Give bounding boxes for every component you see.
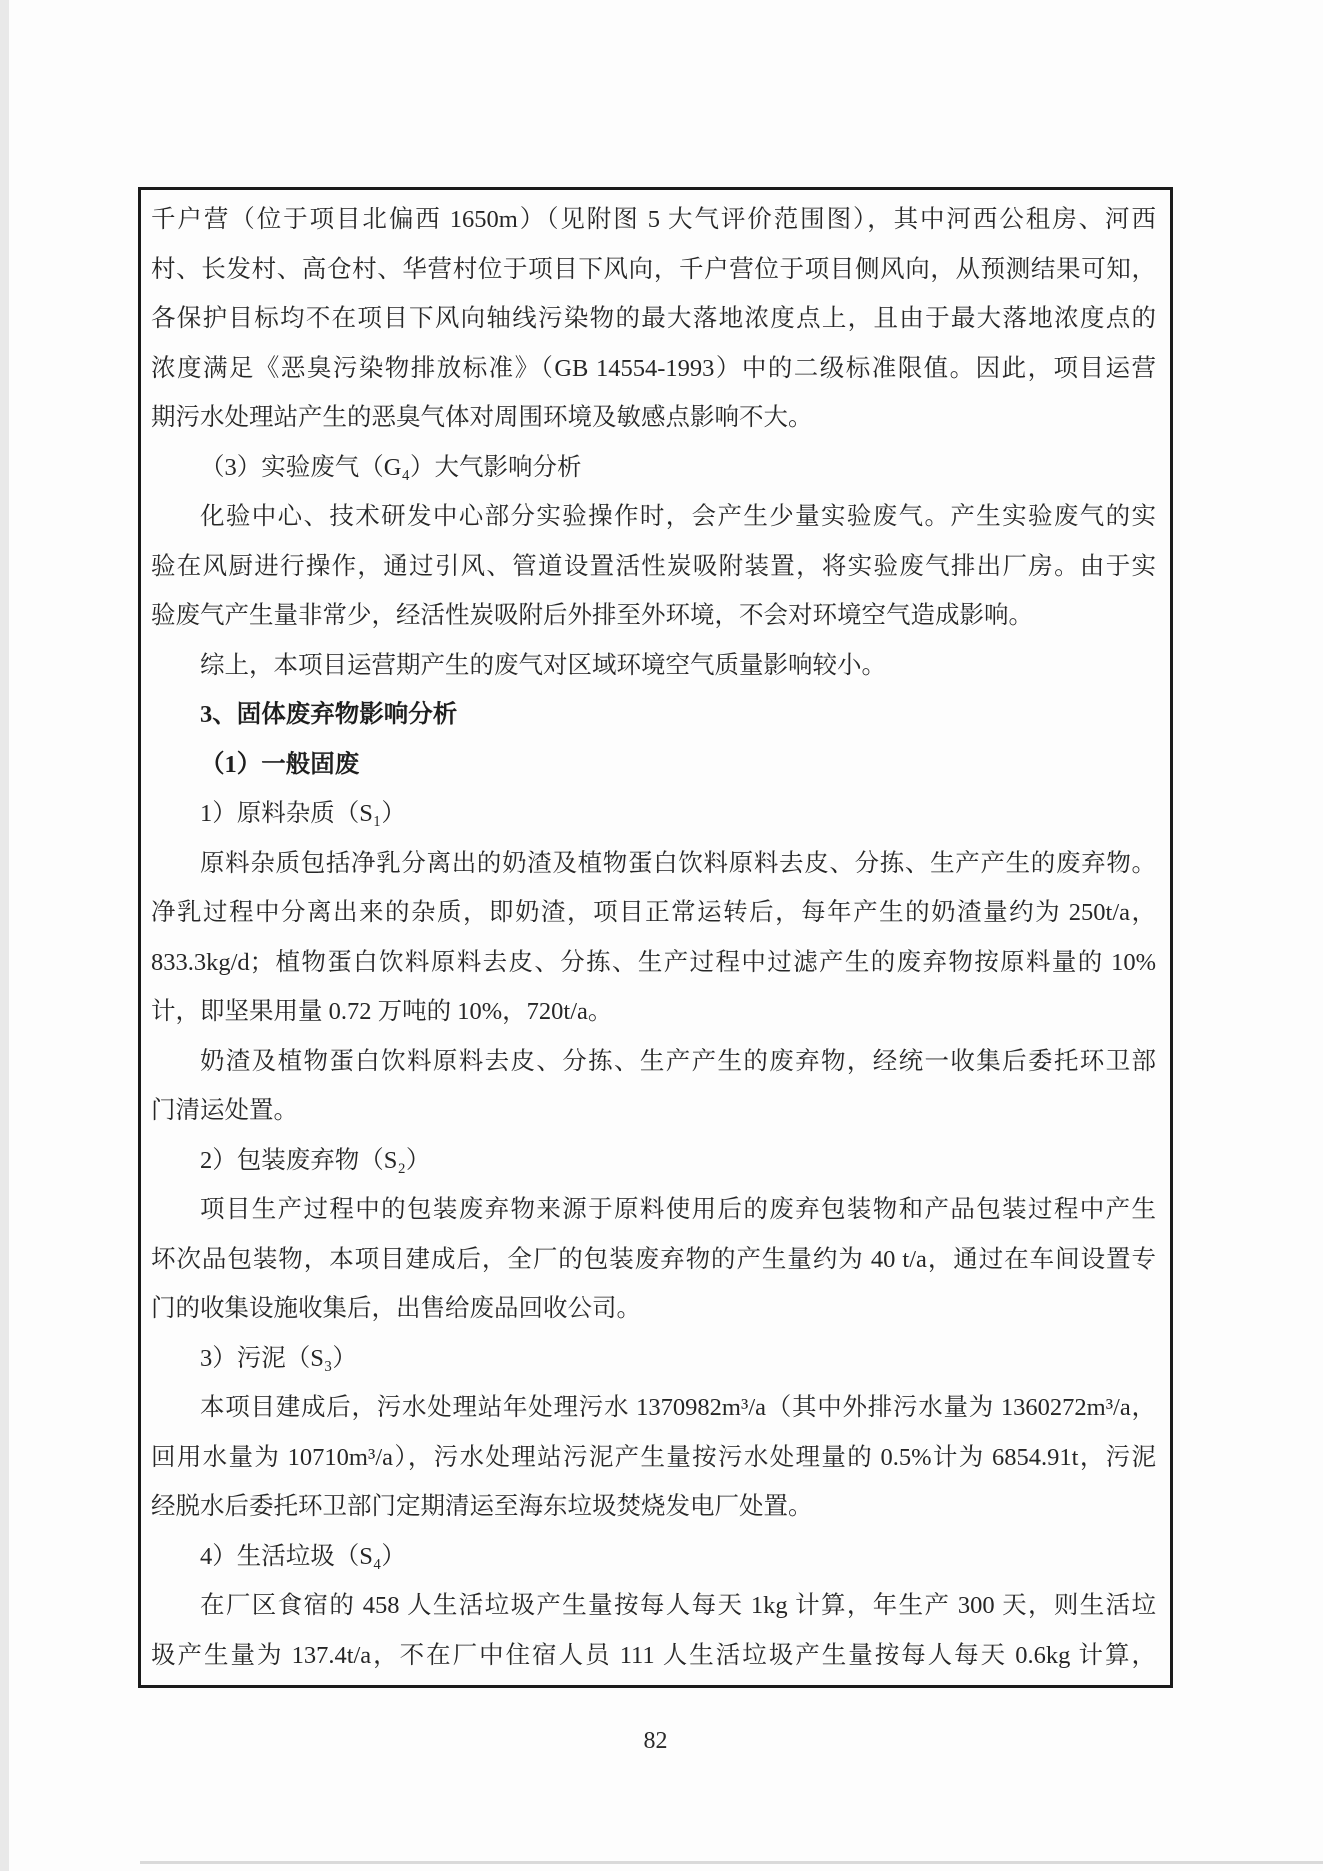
text-line: （3）实验废气（G₄）大气影响分析 <box>151 443 1156 493</box>
text-line: 验废气产生量非常少，经活性炭吸附后外排至外环境，不会对环境空气造成影响。 <box>151 591 1156 641</box>
table-cell: 千户营（位于项目北偏西 1650m）（见附图 5 大气评价范围图），其中河西公租… <box>138 187 1173 1688</box>
body-text: 千户营（位于项目北偏西 1650m）（见附图 5 大气评价范围图），其中河西公租… <box>151 195 1156 1680</box>
scan-edge-bottom-artifact <box>140 1861 1323 1864</box>
text-line: 在厂区食宿的 458 人生活垃圾产生量按每人每天 1kg 计算，年生产 300 … <box>151 1581 1156 1631</box>
text-line: 圾产生量为 137.4t/a，不在厂中住宿人员 111 人生活垃圾产生量按每人每… <box>151 1631 1156 1681</box>
text-line: 验在风厨进行操作，通过引风、管道设置活性炭吸附装置，将实验废气排出厂房。由于实 <box>151 542 1156 592</box>
text-line: 门清运处置。 <box>151 1086 1156 1136</box>
page-number: 82 <box>138 1726 1173 1756</box>
text-line: 经脱水后委托环卫部门定期清运至海东垃圾焚烧发电厂处置。 <box>151 1482 1156 1532</box>
text-line: 本项目建成后，污水处理站年处理污水 1370982m³/a（其中外排污水量为 1… <box>151 1383 1156 1433</box>
text-line: 3、固体废弃物影响分析 <box>151 690 1156 740</box>
text-line: 各保护目标均不在项目下风向轴线污染物的最大落地浓度点上，且由于最大落地浓度点的 <box>151 294 1156 344</box>
text-line: 村、长发村、高仓村、华营村位于项目下风向，千户营位于项目侧风向，从预测结果可知， <box>151 245 1156 295</box>
text-line: 坏次品包装物，本项目建成后，全厂的包装废弃物的产生量约为 40 t/a，通过在车… <box>151 1235 1156 1285</box>
text-line: 门的收集设施收集后，出售给废品回收公司。 <box>151 1284 1156 1334</box>
text-line: 浓度满足《恶臭污染物排放标准》（GB 14554-1993）中的二级标准限值。因… <box>151 344 1156 394</box>
text-line: 3）污泥（S₃） <box>151 1334 1156 1384</box>
text-line: 833.3kg/d；植物蛋白饮料原料去皮、分拣、生产过程中过滤产生的废弃物按原料… <box>151 938 1156 988</box>
document-page: 千户营（位于项目北偏西 1650m）（见附图 5 大气评价范围图），其中河西公租… <box>0 0 1323 1871</box>
text-line: 千户营（位于项目北偏西 1650m）（见附图 5 大气评价范围图），其中河西公租… <box>151 195 1156 245</box>
text-line: 期污水处理站产生的恶臭气体对周围环境及敏感点影响不大。 <box>151 393 1156 443</box>
text-line: 计，即坚果用量 0.72 万吨的 10%，720t/a。 <box>151 987 1156 1037</box>
text-line: 回用水量为 10710m³/a），污水处理站污泥产生量按污水处理量的 0.5%计… <box>151 1433 1156 1483</box>
text-line: 原料杂质包括净乳分离出的奶渣及植物蛋白饮料原料去皮、分拣、生产产生的废弃物。 <box>151 839 1156 889</box>
text-line: 综上，本项目运营期产生的废气对区域环境空气质量影响较小。 <box>151 641 1156 691</box>
text-line: 4）生活垃圾（S₄） <box>151 1532 1156 1582</box>
text-line: （1）一般固废 <box>151 740 1156 790</box>
scan-edge-left-artifact <box>0 0 9 1871</box>
text-line: 2）包装废弃物（S₂） <box>151 1136 1156 1186</box>
text-line: 1）原料杂质（S₁） <box>151 789 1156 839</box>
text-line: 奶渣及植物蛋白饮料原料去皮、分拣、生产产生的废弃物，经统一收集后委托环卫部 <box>151 1037 1156 1087</box>
text-line: 项目生产过程中的包装废弃物来源于原料使用后的废弃包装物和产品包装过程中产生 <box>151 1185 1156 1235</box>
text-line: 净乳过程中分离出来的杂质，即奶渣，项目正常运转后，每年产生的奶渣量约为 250t… <box>151 888 1156 938</box>
text-line: 化验中心、技术研发中心部分实验操作时，会产生少量实验废气。产生实验废气的实 <box>151 492 1156 542</box>
